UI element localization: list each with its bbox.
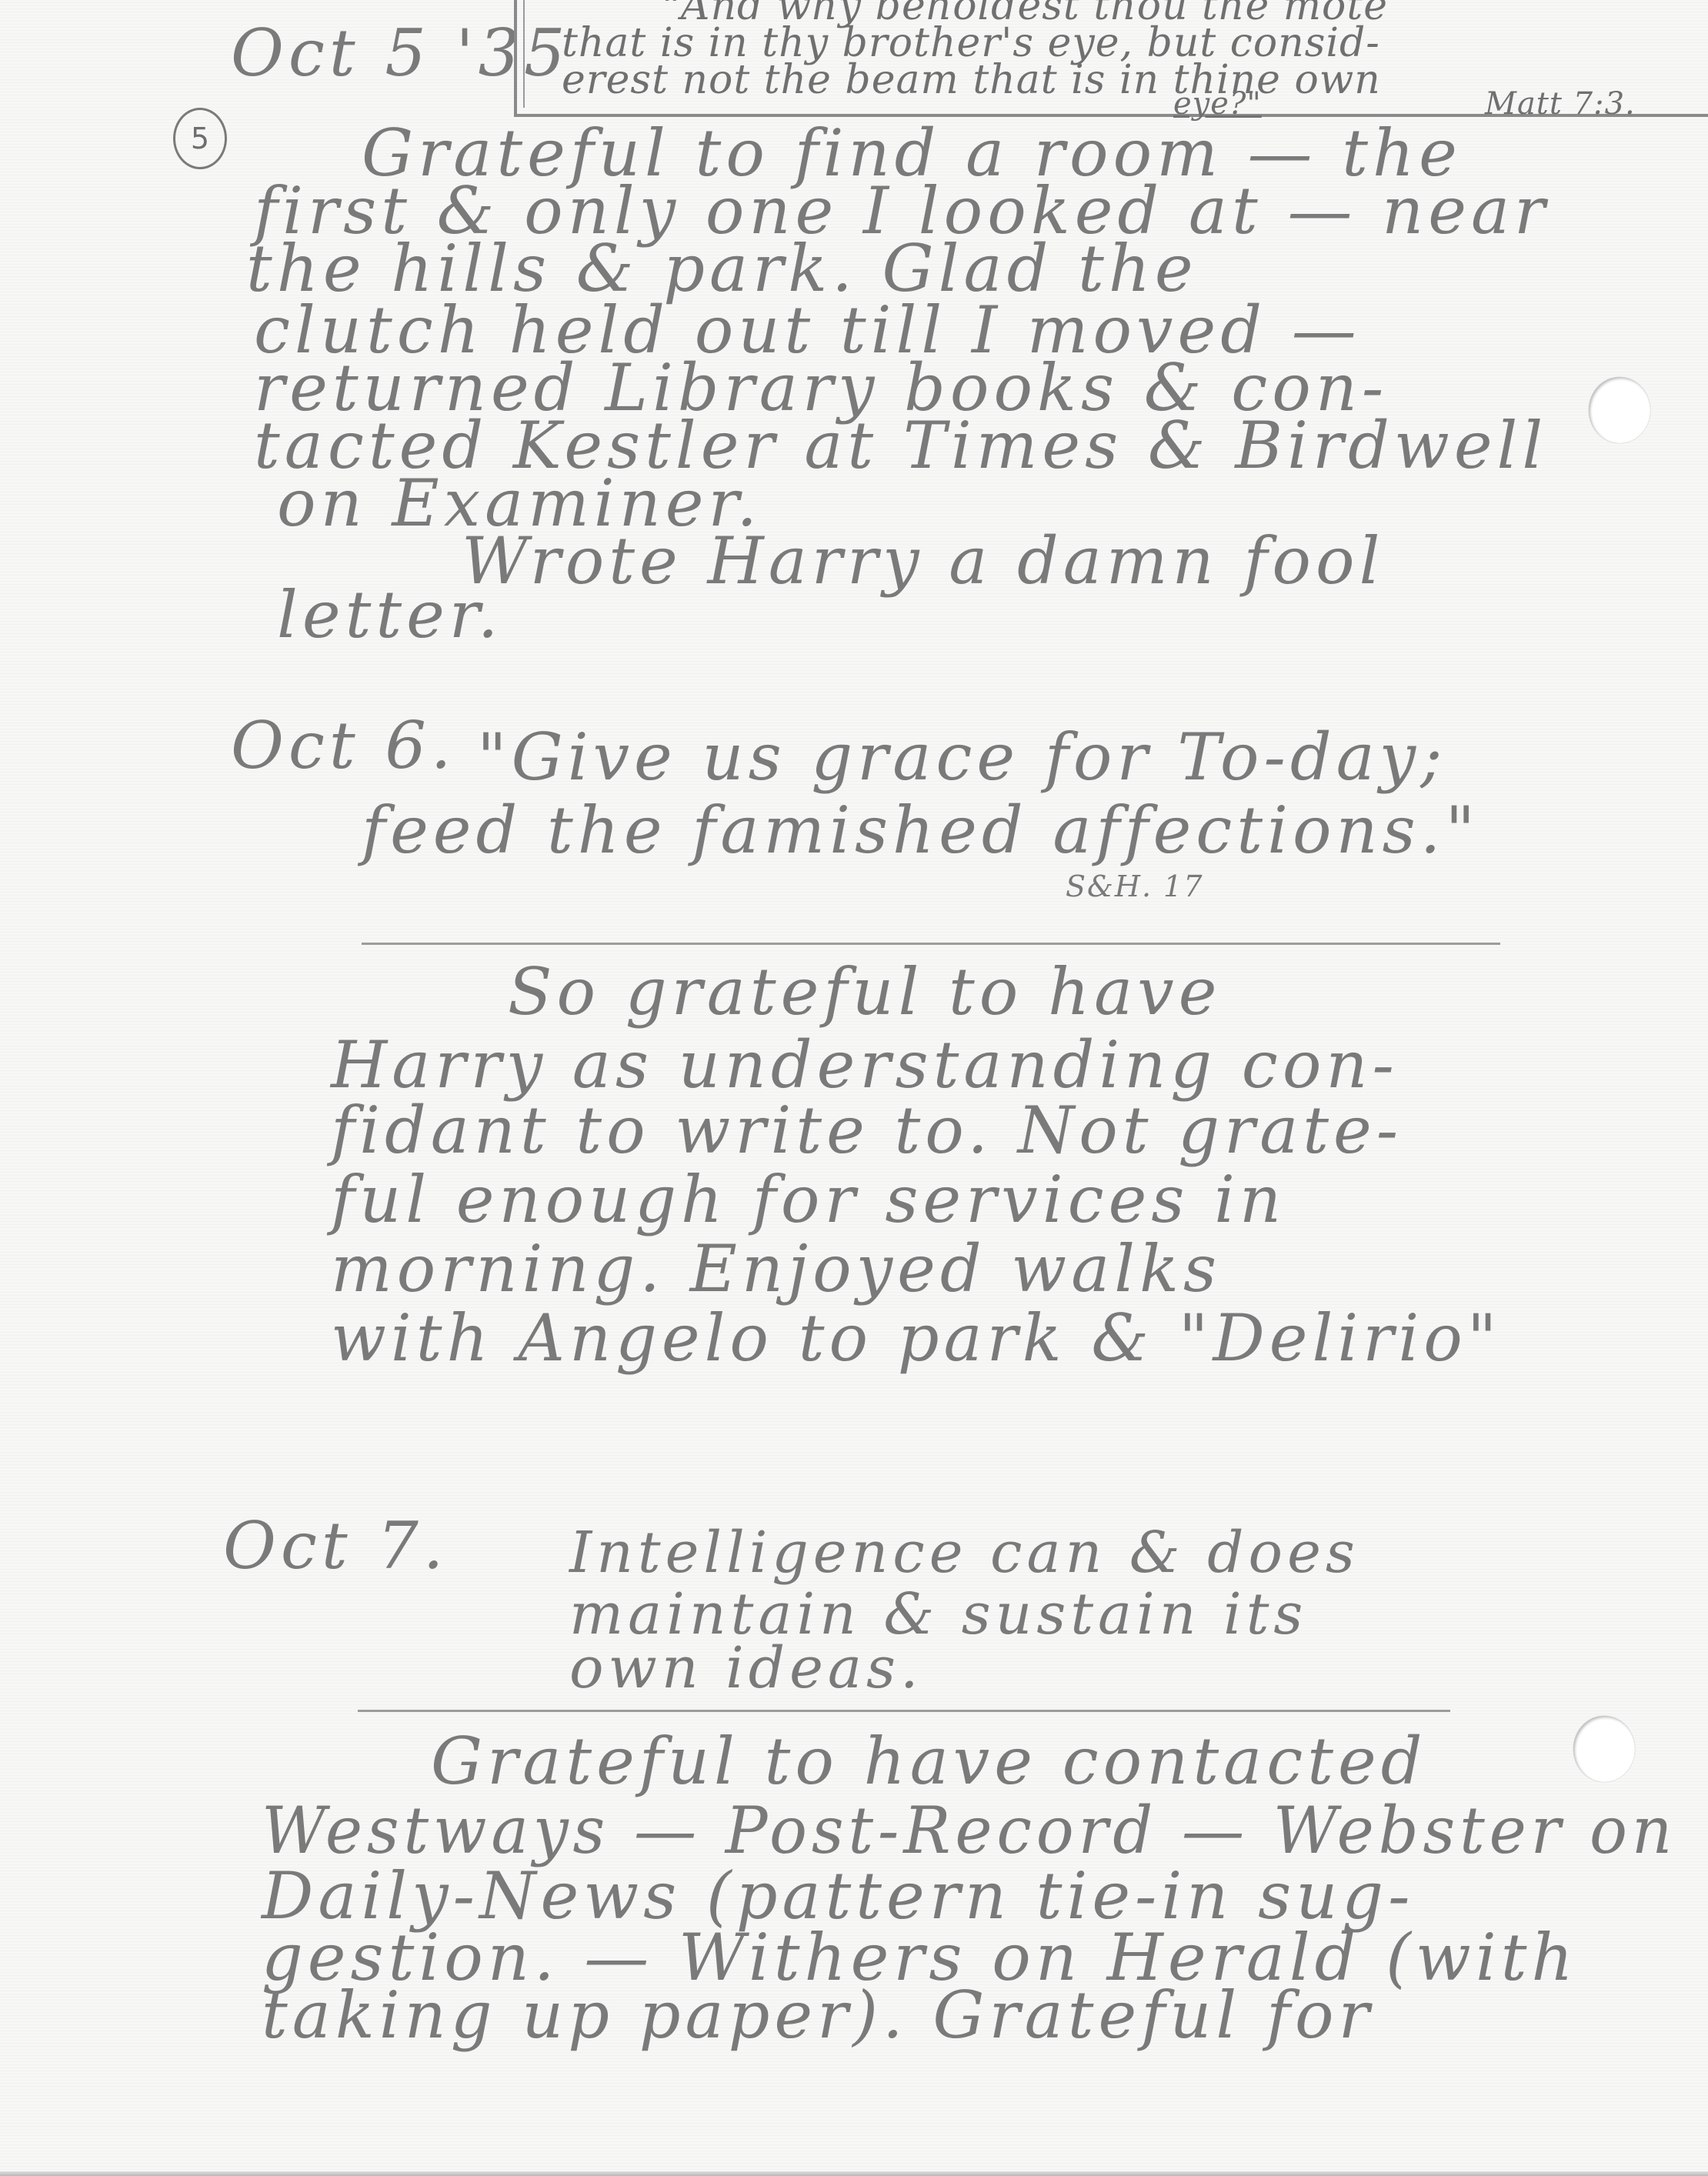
page-number: 5 xyxy=(191,122,209,155)
divider-rule xyxy=(362,943,1500,945)
entry-date: Oct 7. xyxy=(223,1508,449,1584)
diary-page: 5 Oct 5 '35 "And why beholdest thou the … xyxy=(0,0,1708,2176)
entry-body-line: Harry as understanding con- xyxy=(331,1027,1399,1103)
punch-hole xyxy=(1589,377,1650,443)
quote-line: own ideas. xyxy=(569,1635,923,1701)
entry-body-line: Wrote Harry a damn fool xyxy=(462,523,1384,599)
entry-body-line: So grateful to have xyxy=(508,954,1221,1030)
entry-body-line: Westways — Post-Record — Webster on xyxy=(262,1793,1676,1868)
page-bottom-edge xyxy=(0,2171,1708,2176)
quote-reference: Matt 7:3. xyxy=(1485,86,1636,122)
entry-date: Oct 6. xyxy=(231,708,456,783)
quote-line: feed the famished affections." xyxy=(362,793,1479,868)
page-number-circle: 5 xyxy=(173,108,227,169)
entry-body-line: taking up paper). Grateful for xyxy=(262,1977,1374,2053)
quote-line: "Give us grace for To-day; xyxy=(477,719,1446,795)
entry-body-line: fidant to write to. Not grate- xyxy=(331,1093,1403,1168)
entry-body-line: ful enough for services in xyxy=(331,1162,1286,1237)
entry-body-line: Grateful to have contacted xyxy=(431,1724,1426,1799)
quote-line: Intelligence can & does xyxy=(569,1520,1359,1586)
divider-rule xyxy=(358,1710,1450,1712)
entry-body-line: letter. xyxy=(277,577,502,652)
quote-reference: S&H. 17 xyxy=(1066,869,1204,903)
entry-body-line: with Angelo to park & "Delirio" xyxy=(331,1300,1501,1376)
quote-box-divider xyxy=(523,0,525,108)
punch-hole xyxy=(1573,1716,1635,1782)
entry-body-line: morning. Enjoyed walks xyxy=(331,1231,1221,1307)
